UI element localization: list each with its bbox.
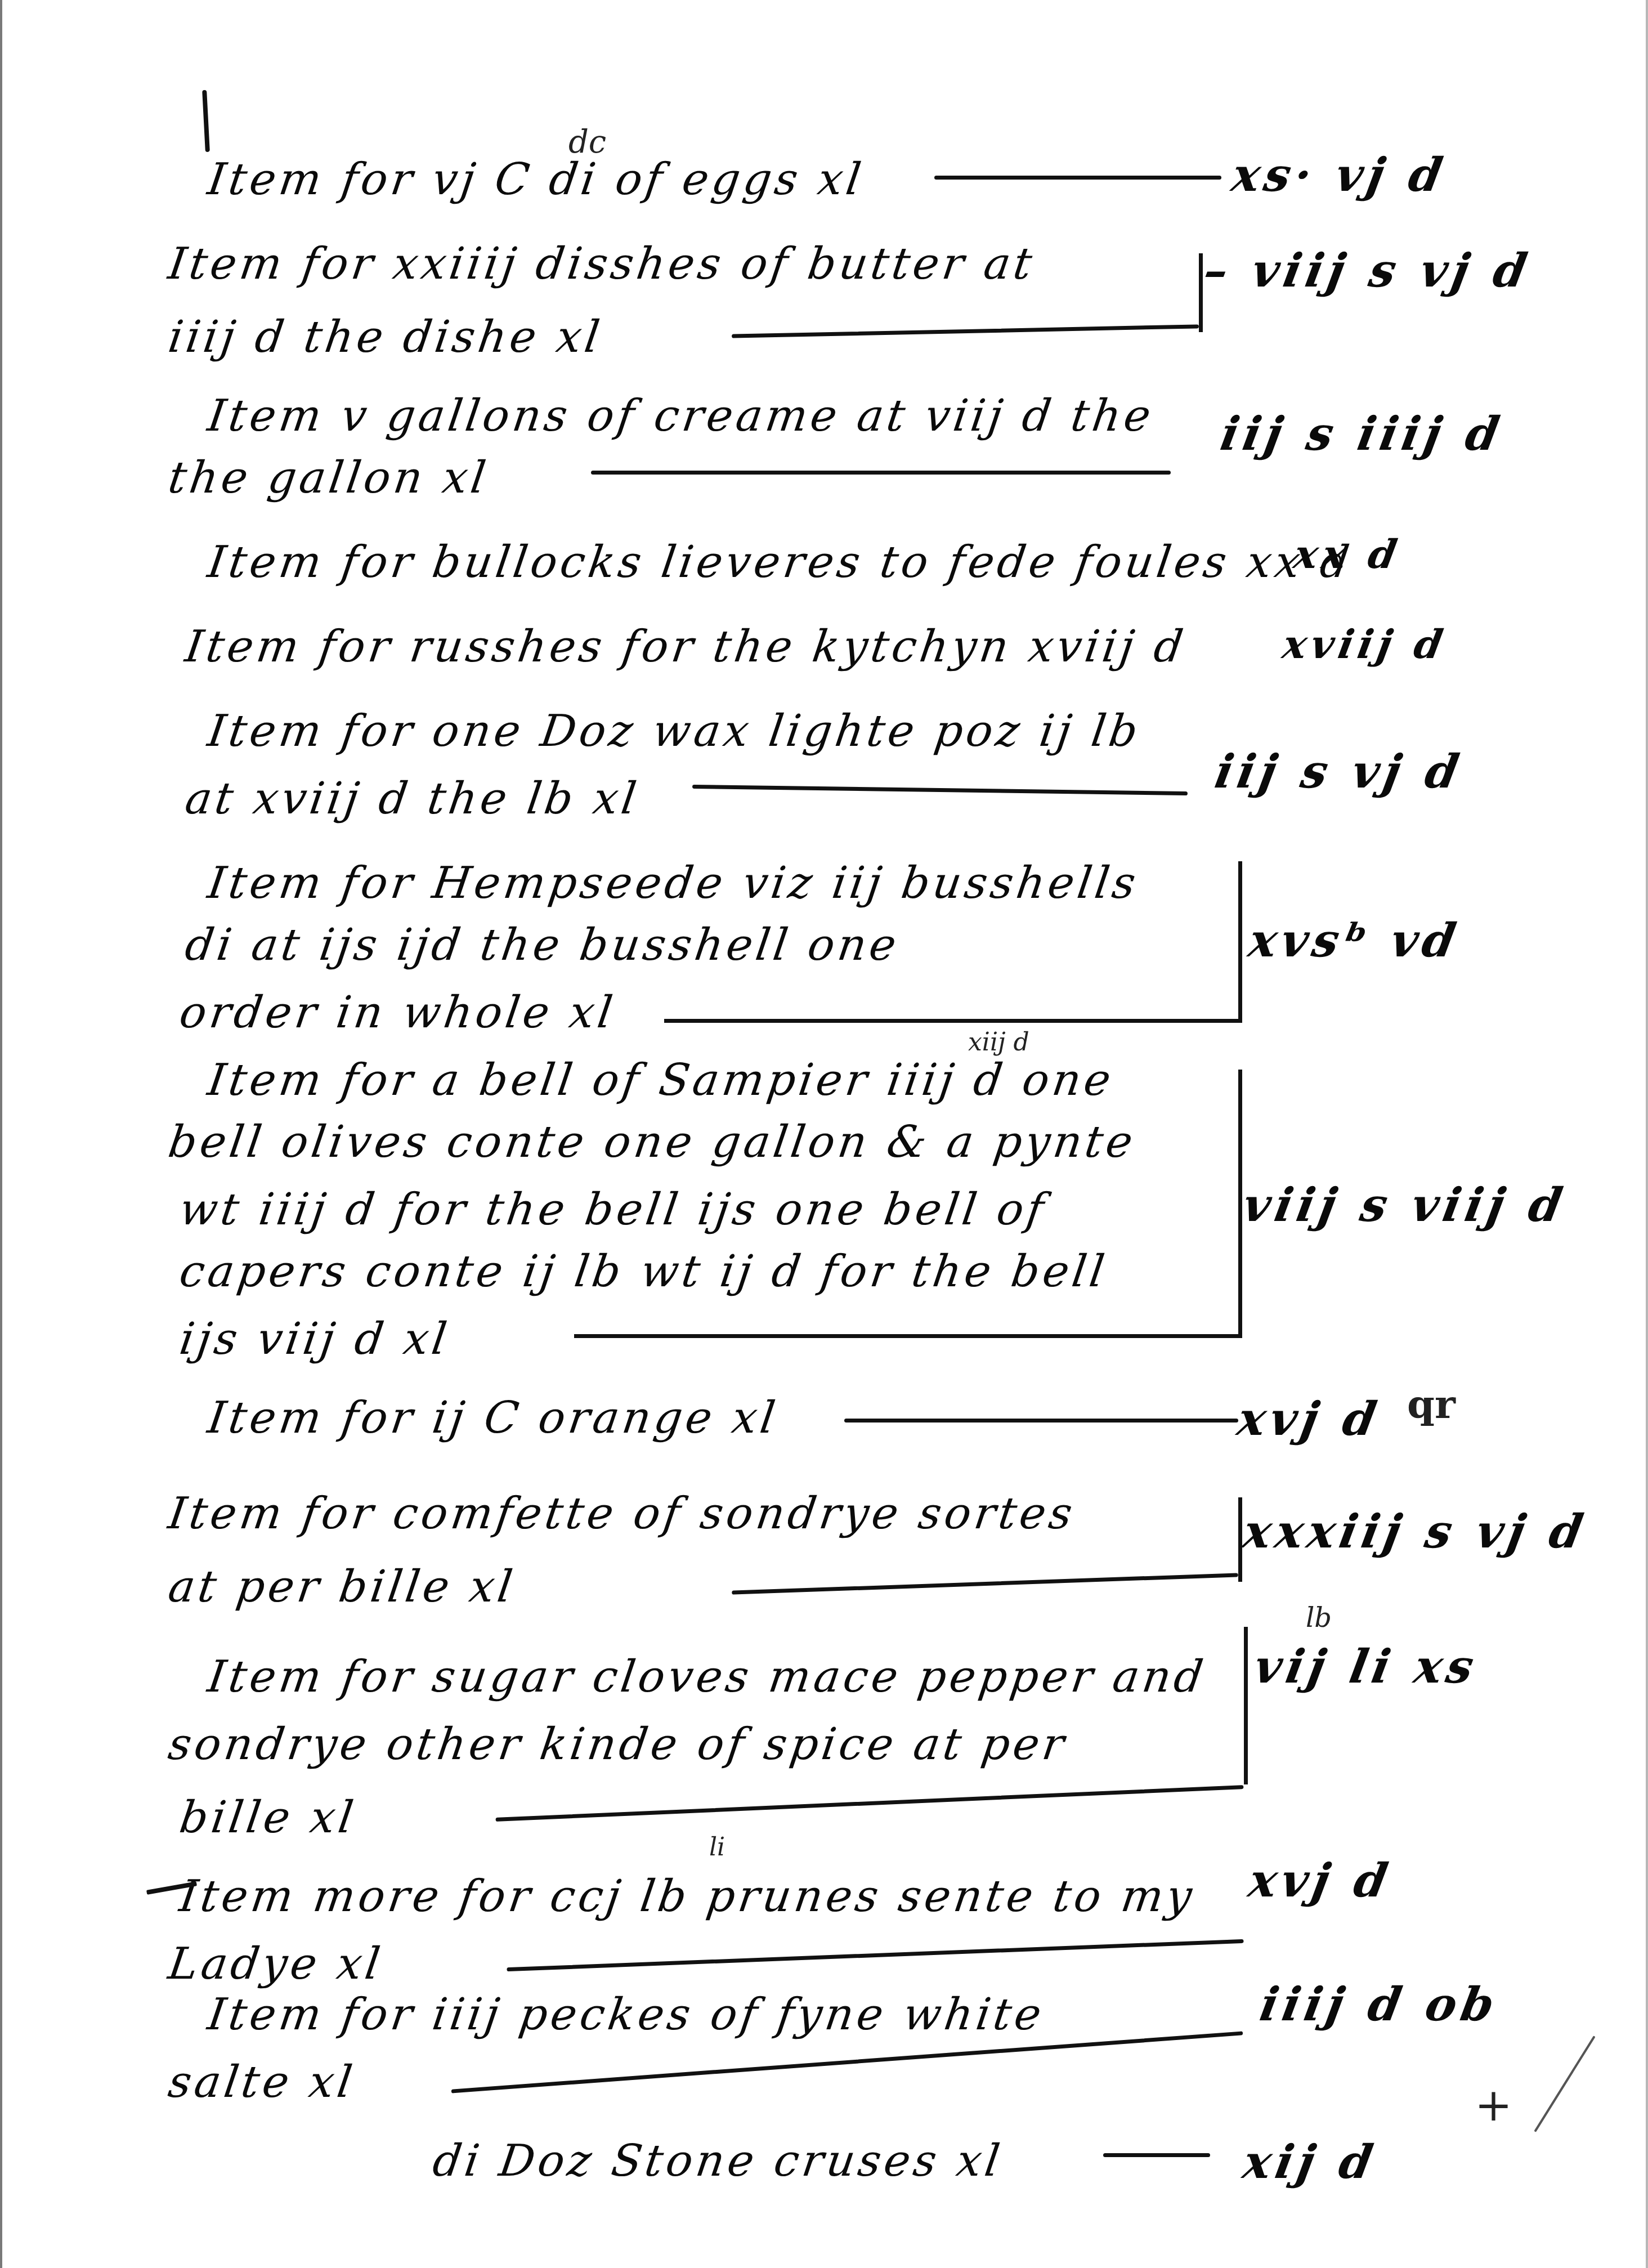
entry-line: Item for one Doz wax lighte poz ij lb	[205, 709, 1144, 753]
entry-line: Item v gallons of creame at viij d the	[205, 394, 1157, 438]
leader-line	[732, 324, 1199, 338]
ascender-flourish	[202, 90, 210, 152]
entry-bracket	[1221, 1497, 1242, 1582]
entry-line: at xviij d the lb xl	[183, 777, 642, 821]
entry-line: Item for sugar cloves mace pepper and	[205, 1655, 1209, 1699]
leader-line	[692, 785, 1188, 795]
marginal-stroke	[1534, 2036, 1595, 2132]
leader-line	[507, 1939, 1243, 1971]
entry-amount: xvj d	[1246, 1858, 1396, 1904]
superscript-amount: xiij d	[968, 1030, 1029, 1055]
entry-bracket	[1233, 1627, 1248, 1784]
entry-line: order in whole xl	[177, 991, 619, 1035]
entry-line: Ladye xl	[166, 1942, 386, 1986]
entry-amount: vij li xs	[1251, 1644, 1481, 1690]
manuscript-page: dc Item for vj C di of eggs xl xs· vj d …	[0, 0, 1648, 2268]
entry-bracket	[664, 861, 1242, 1023]
leader-line	[844, 1419, 1238, 1422]
leader-line	[1103, 2153, 1210, 2157]
leader-line	[591, 471, 1171, 475]
entry-bracket	[574, 1070, 1242, 1338]
entry-amount: iij s iiij d	[1217, 411, 1507, 457]
entry-line: ijs viij d xl	[177, 1317, 453, 1361]
entry-line: di Doz Stone cruses xl	[431, 2139, 1006, 2183]
leader-line	[495, 1785, 1243, 1822]
superscript-dc: dc	[568, 127, 606, 158]
entry-line: Item for xxiiij disshes of butter at	[166, 242, 1038, 286]
entry-line: bille xl	[177, 1796, 360, 1840]
entry-line: at per bille xl	[166, 1565, 518, 1609]
entry-amount: iiij d ob	[1257, 1981, 1502, 2028]
dagger-mark: +	[1475, 2083, 1512, 2128]
entry-line: sondrye other kinde of spice at per	[166, 1723, 1071, 1766]
entry-line: iiij d the dishe xl	[166, 315, 606, 359]
leader-line	[732, 1573, 1238, 1594]
entry-amount: xxxiij s vj d	[1240, 1509, 1591, 1555]
entry-amount: xviij d	[1280, 625, 1450, 664]
entry-amount: xx d	[1291, 535, 1404, 574]
entry-amount: xij d	[1240, 2139, 1381, 2185]
entry-amount: xs· vj d	[1229, 152, 1450, 198]
entry-line: Item for ij C orange xl	[205, 1396, 781, 1440]
entry-line: Item for vj C di of eggs xl	[205, 158, 867, 202]
entry-line: Item for russhes for the kytchyn xviij d	[183, 625, 1189, 669]
entry-line: Item more for ccj lb prunes sente to my	[177, 1875, 1198, 1918]
entry-line: salte xl	[166, 2060, 359, 2104]
leader-line	[451, 2031, 1243, 2093]
entry-amount: viij s viij d	[1240, 1182, 1570, 1228]
entry-bracket	[1182, 253, 1203, 332]
superscript-li: li	[709, 1835, 725, 1860]
entry-line: Item for iiij peckes of fyne white	[205, 1993, 1047, 2037]
entry-amount: iij s vj d	[1212, 749, 1467, 795]
entry-line: Item for bullocks lieveres to fede foule…	[205, 540, 1355, 584]
entry-amount: – viij s vj d	[1201, 248, 1535, 294]
leader-line	[934, 176, 1221, 180]
entry-line: the gallon xl	[166, 456, 492, 500]
entry-line: Item for comfette of sondrye sortes	[166, 1492, 1078, 1536]
entry-amount: xvsᵇ vd	[1246, 918, 1464, 964]
entry-amount: xvj d	[1234, 1396, 1385, 1442]
superscript-lb: lb	[1306, 1604, 1332, 1631]
tironian-mark: qr	[1407, 1385, 1456, 1424]
